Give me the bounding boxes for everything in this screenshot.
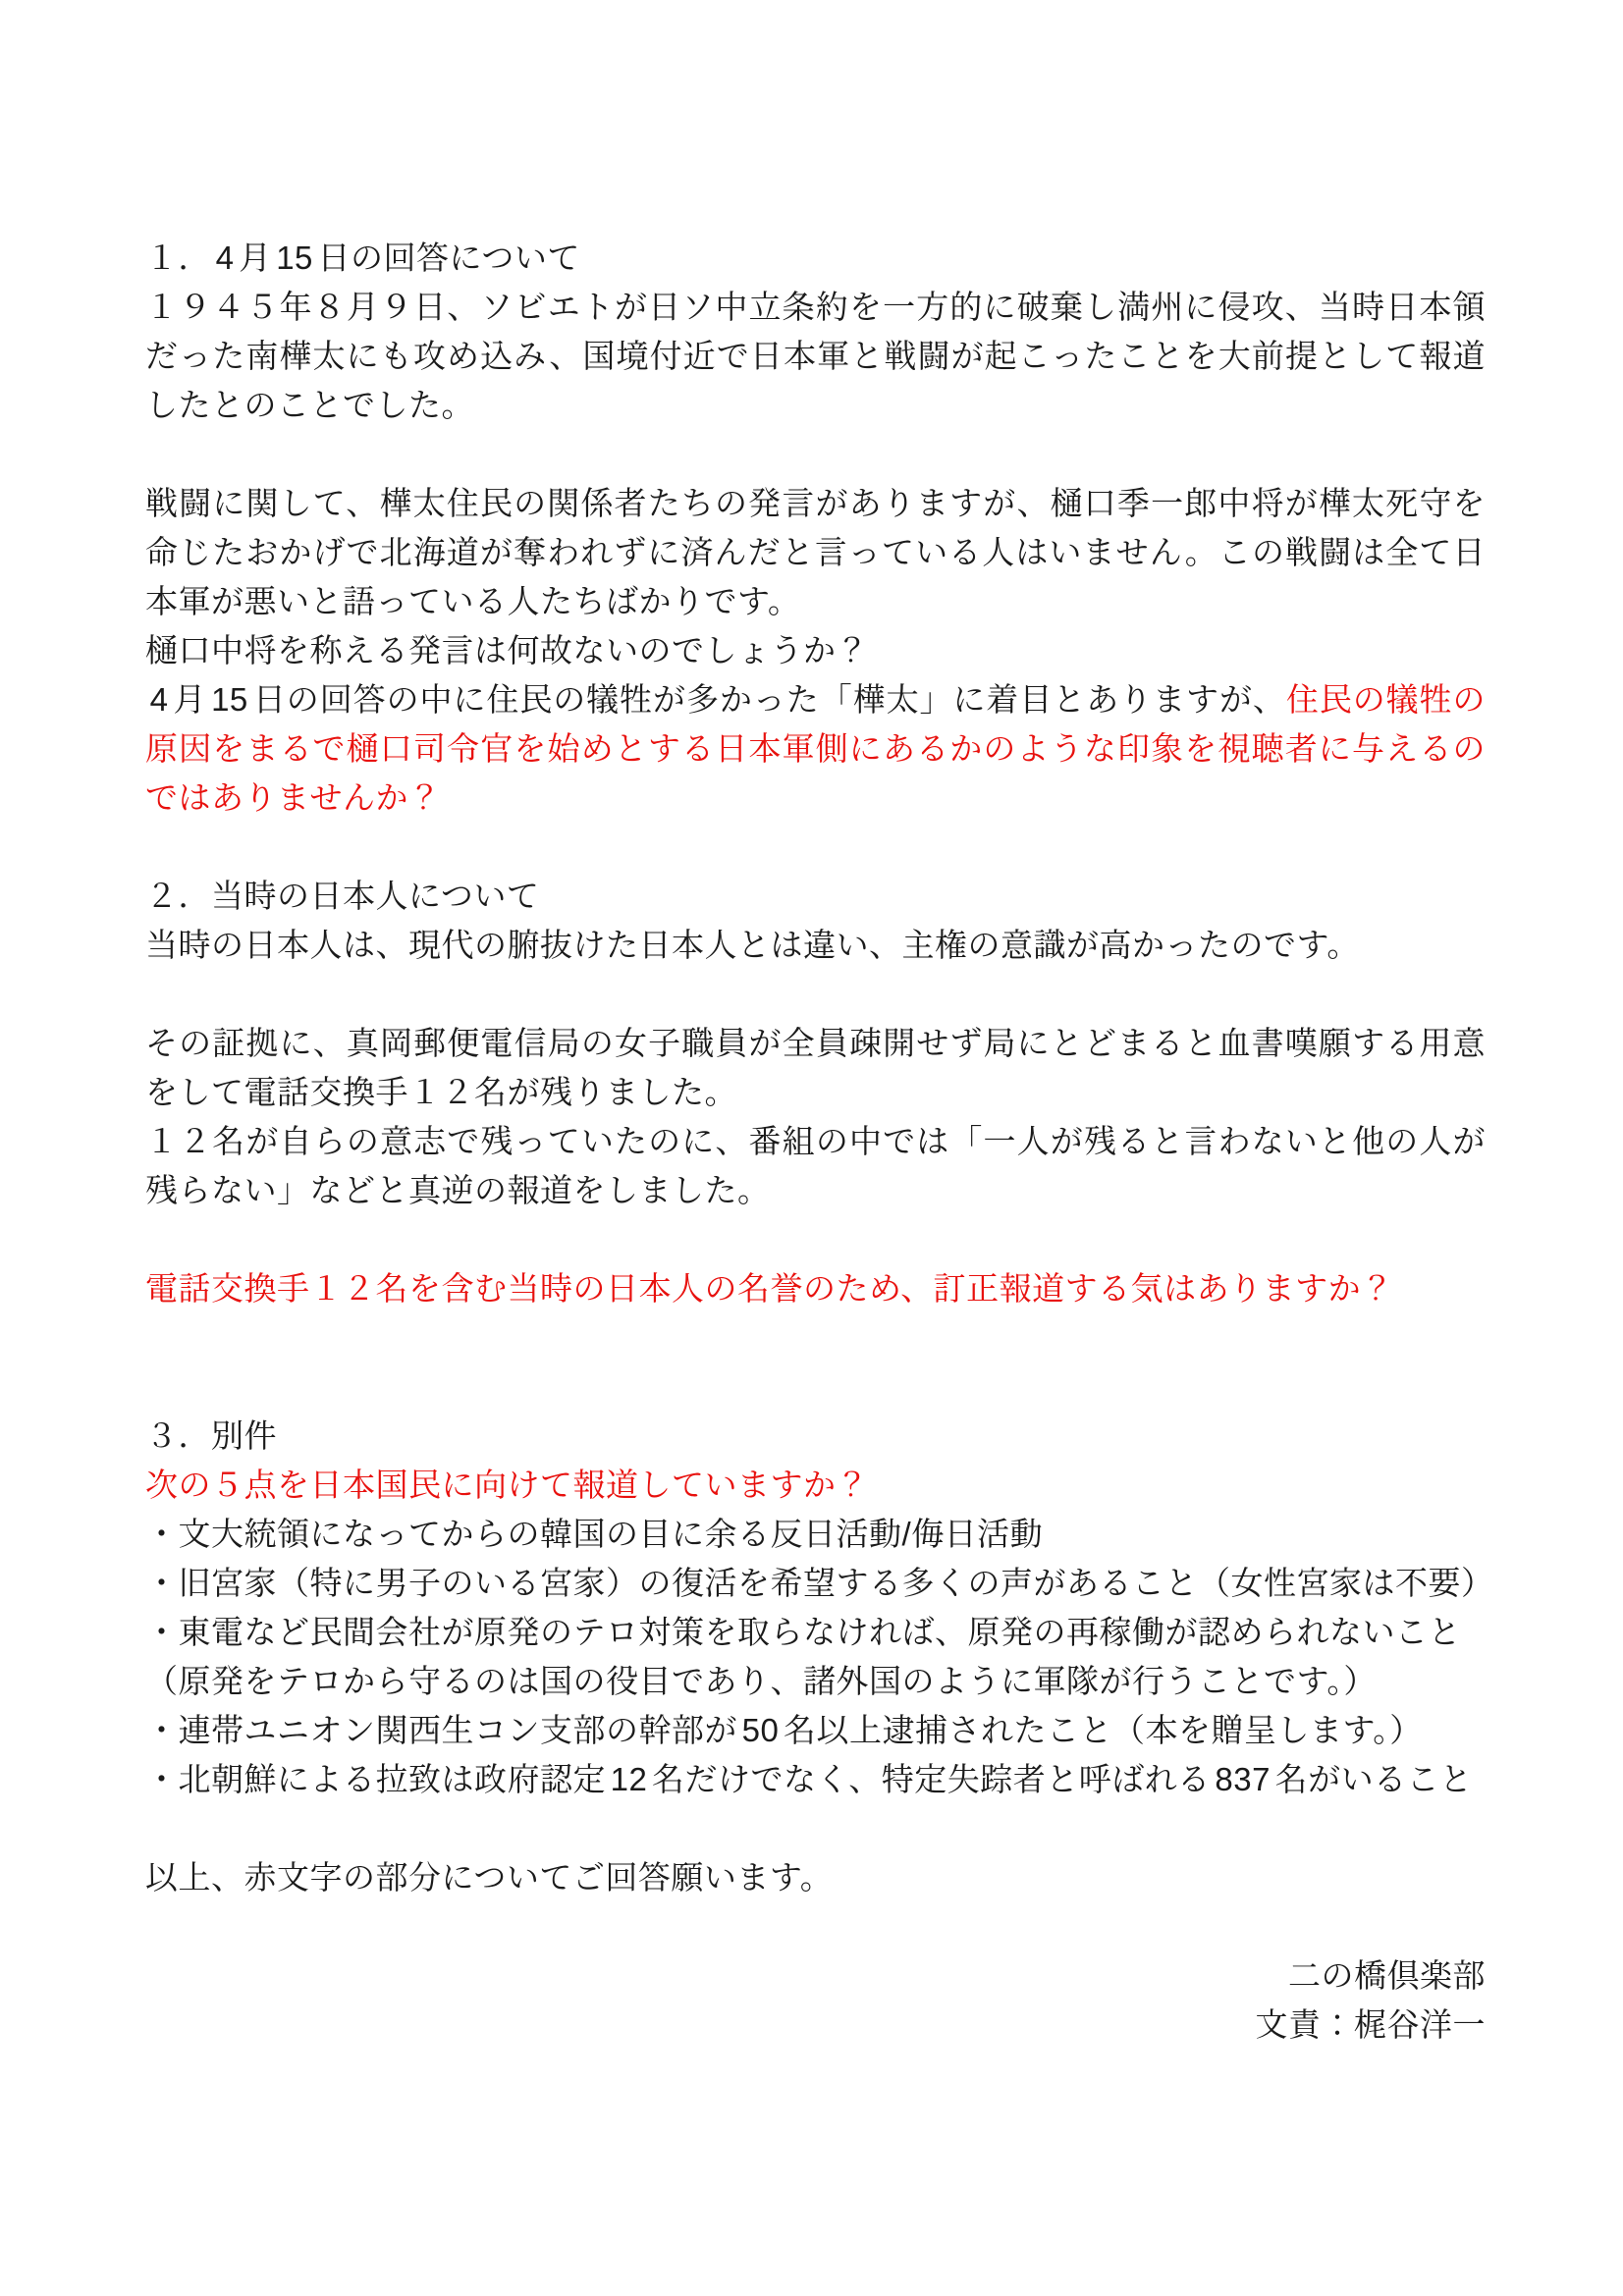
paragraph: 電話交換手１２名を含む当時の日本人の名誉のため、訂正報道する気はありますか？ (145, 1264, 1486, 1313)
paragraph: ・連帯ユニオン関西生コン支部の幹部が50名以上逮捕されたこと（本を贈呈します。） (145, 1706, 1486, 1755)
paragraph: 以上、赤文字の部分についてご回答願います。 (145, 1853, 1486, 1902)
blank-line (145, 1804, 1486, 1853)
signature-line: 二の橋倶楽部 (145, 1951, 1486, 2001)
text-segment: 4月15日の回答の中に住民の犠牲が多かった「樺太」に着目とありますが、 (145, 681, 1286, 718)
blank-line (145, 1313, 1486, 1362)
blank-line (145, 430, 1486, 479)
text-segment: ・東電など民間会社が原発のテロ対策を取らなければ、原発の再稼働が認められないこと (145, 1614, 1461, 1650)
text-segment: ３．別件 (145, 1417, 277, 1454)
red-text-segment: 電話交換手１２名を含む当時の日本人の名誉のため、訂正報道する気はありますか？ (145, 1270, 1394, 1307)
text-segment: 戦闘に関して、樺太住民の関係者たちの発言がありますが、樋口季一郎中将が樺太死守を… (145, 485, 1486, 619)
section-heading: １．4月15日の回答について (145, 234, 1486, 283)
text-segment: 二の橋倶楽部 (1288, 1957, 1486, 1994)
paragraph: 次の５点を日本国民に向けて報道していますか？ (145, 1461, 1486, 1510)
text-segment: ２．当時の日本人について (145, 878, 539, 914)
text-segment: ・旧宮家（特に男子のいる宮家）の復活を希望する多くの声があること（女性宮家は不要… (145, 1565, 1494, 1601)
paragraph: ・東電など民間会社が原発のテロ対策を取らなければ、原発の再稼働が認められないこと (145, 1608, 1486, 1657)
paragraph: 戦闘に関して、樺太住民の関係者たちの発言がありますが、樋口季一郎中将が樺太死守を… (145, 479, 1486, 626)
document-body: １．4月15日の回答について１９４５年８月９日、ソビエトが日ソ中立条約を一方的に… (145, 234, 1486, 2050)
text-segment: 当時の日本人は、現代の腑抜けた日本人とは違い、主権の意識が高かったのです。 (145, 927, 1360, 963)
document-page: １．4月15日の回答について１９４５年８月９日、ソビエトが日ソ中立条約を一方的に… (0, 0, 1623, 2296)
text-segment: ・連帯ユニオン関西生コン支部の幹部が50名以上逮捕されたこと（本を贈呈します。） (145, 1712, 1423, 1748)
paragraph: その証拠に、真岡郵便電信局の女子職員が全員疎開せず局にとどまると血書嘆願する用意… (145, 1019, 1486, 1117)
paragraph: 4月15日の回答の中に住民の犠牲が多かった「樺太」に着目とありますが、住民の犠牲… (145, 675, 1486, 823)
text-segment: １９４５年８月９日、ソビエトが日ソ中立条約を一方的に破棄し満州に侵攻、当時日本領… (145, 289, 1486, 423)
red-text-segment: 次の５点を日本国民に向けて報道していますか？ (145, 1467, 869, 1503)
section-heading: ２．当時の日本人について (145, 872, 1486, 921)
blank-line (145, 823, 1486, 872)
blank-line (145, 1215, 1486, 1264)
text-segment: 以上、赤文字の部分についてご回答願います。 (145, 1859, 833, 1896)
text-segment: 樋口中将を称える発言は何故ないのでしょうか？ (145, 632, 869, 668)
paragraph: ・旧宮家（特に男子のいる宮家）の復活を希望する多くの声があること（女性宮家は不要… (145, 1559, 1486, 1608)
blank-line (145, 1902, 1486, 1951)
text-segment: （原発をテロから守るのは国の役目であり、諸外国のように軍隊が行うことです。） (145, 1663, 1377, 1699)
text-segment: ・文大統領になってからの韓国の目に余る反日活動/侮日活動 (145, 1516, 1043, 1552)
blank-line (145, 970, 1486, 1019)
paragraph: １２名が自らの意志で残っていたのに、番組の中では「一人が残ると言わないと他の人が… (145, 1117, 1486, 1215)
signature-line: 文責：梶谷洋一 (145, 2001, 1486, 2050)
section-heading: ３．別件 (145, 1412, 1486, 1461)
text-segment: １２名が自らの意志で残っていたのに、番組の中では「一人が残ると言わないと他の人が… (145, 1123, 1486, 1208)
paragraph: 樋口中将を称える発言は何故ないのでしょうか？ (145, 626, 1486, 675)
text-segment: １．4月15日の回答について (145, 240, 580, 276)
text-segment: その証拠に、真岡郵便電信局の女子職員が全員疎開せず局にとどまると血書嘆願する用意… (145, 1025, 1486, 1110)
paragraph: １９４５年８月９日、ソビエトが日ソ中立条約を一方的に破棄し満州に侵攻、当時日本領… (145, 283, 1486, 430)
blank-line (145, 1362, 1486, 1412)
text-segment: 文責：梶谷洋一 (1256, 2006, 1487, 2043)
paragraph: ・文大統領になってからの韓国の目に余る反日活動/侮日活動 (145, 1510, 1486, 1559)
paragraph: 当時の日本人は、現代の腑抜けた日本人とは違い、主権の意識が高かったのです。 (145, 921, 1486, 970)
paragraph: （原発をテロから守るのは国の役目であり、諸外国のように軍隊が行うことです。） (145, 1657, 1486, 1706)
text-segment: ・北朝鮮による拉致は政府認定12名だけでなく、特定失踪者と呼ばれる837名がいる… (145, 1761, 1473, 1797)
paragraph: ・北朝鮮による拉致は政府認定12名だけでなく、特定失踪者と呼ばれる837名がいる… (145, 1755, 1486, 1804)
